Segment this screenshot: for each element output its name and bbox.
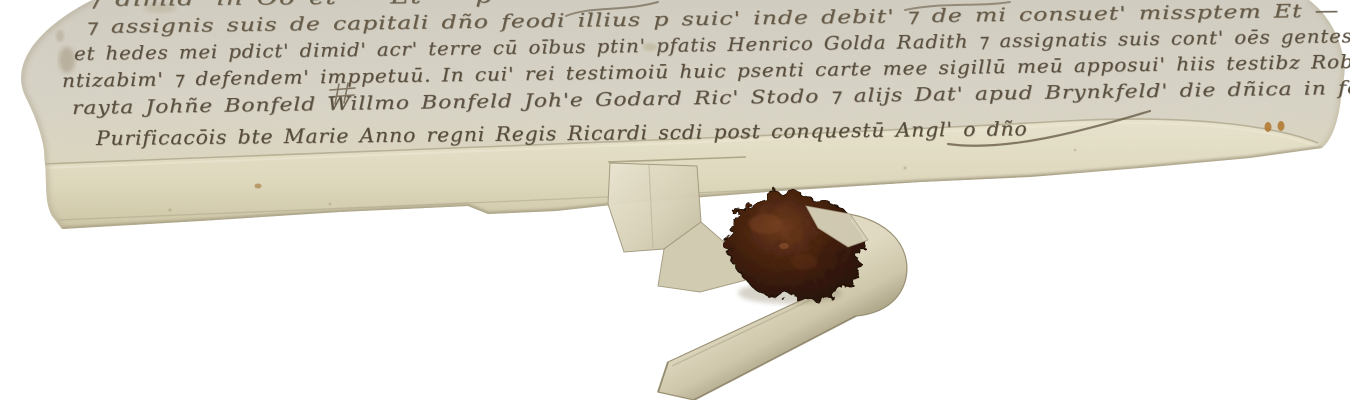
manuscript-line-1: ⁊ dimid' in Oo et — Et — p — [88, 0, 533, 11]
charter-photograph: ⁊ dimid' in Oo et — Et — p — ⁊ assignis … [0, 0, 1350, 400]
manuscript-line-6: Purificacōis bte Marie Anno regni Regis … [96, 116, 1028, 150]
manuscript-text-layer: ⁊ dimid' in Oo et — Et — p — ⁊ assignis … [0, 0, 1350, 400]
